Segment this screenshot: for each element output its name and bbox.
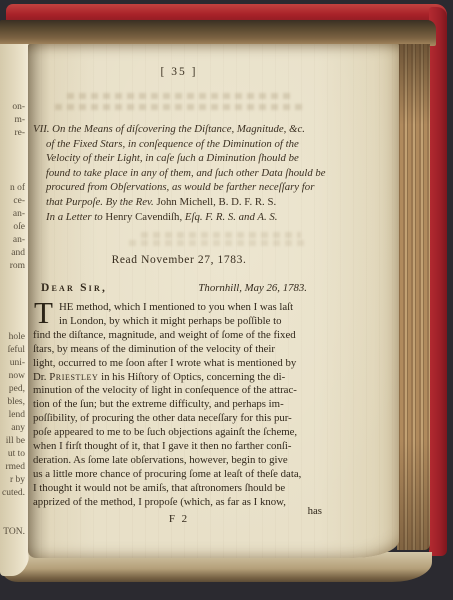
facing-page-text-fragment: on- [12,102,25,112]
facing-page-text-fragment: now [9,371,25,381]
text-segment: procured from Obſervations, as would be … [46,181,314,193]
body-line: I thought it would not be amiſs, that aſ… [33,482,325,496]
facing-page-text-fragment: n of [10,183,25,193]
pages-top-edge [0,20,436,46]
article-title: VII. On the Means of diſcovering the Diſ… [33,122,325,224]
facing-page-text-fragment: and [11,248,25,258]
facing-page-text-fragment: ſeful [8,345,25,355]
facing-page-text-fragment: rom [10,261,25,271]
text-segment: In a Letter to [46,211,105,223]
text-segment: us a little more chance of procuring ſom… [33,468,301,480]
main-page: [ 35 ] VII. On the Means of diſcovering … [28,44,399,558]
read-date-line: Read November 27, 1783. [33,254,325,266]
facing-page-text-fragment: m- [14,115,25,125]
text-segment: ſtars, by means of the diminution of the… [33,343,275,355]
text-segment: Eſq. F. R. S. and A. S. [185,211,278,223]
facing-page-text-fragment: ut to [8,449,25,459]
facing-page-text-fragment: bles, [7,397,25,407]
body-line: minution of the velocity of light in con… [33,384,325,398]
pages-fore-edge [397,44,430,550]
title-line: that Purpoſe. By the Rev. John Michell, … [33,195,325,210]
body-line: apprized of the method, I propoſe (which… [33,496,325,510]
facing-page-text-fragment: lend [9,410,25,420]
signature-row: has F 2 [33,511,325,527]
facing-page-text-fragment: cuted. [2,488,25,498]
title-line: procured from Obſervations, as would be … [33,180,325,195]
body-line: Dr. Priestley in his Hiſtory of Optics, … [33,371,325,385]
bleed-through [55,104,307,110]
bleed-through [129,240,309,246]
book-photo: on-m-re-n ofce-an-oſean-andromholeſefulu… [0,0,453,600]
text-segment: found to take place in any of them, and … [46,167,326,179]
text-segment-roman: Henry Cavendiſh, [105,211,184,223]
text-segment: Velocity of their Light, in caſe ſuch a … [46,152,299,164]
facing-page-text-fragment: rmed [5,462,25,472]
body-line: in London, by which it might perhaps be … [33,315,325,329]
facing-page-text-fragment: re- [14,128,25,138]
text-segment: when I firſt thought of it, that I gave … [33,440,291,452]
body-line: poſe appeared to me to be ſuch objection… [33,426,325,440]
dateline: Thornhill, May 26, 1783. [198,282,325,294]
text-segment: poſe appeared to me to be ſuch objection… [33,426,297,438]
body-line: when I firſt thought of it, that I gave … [33,440,325,454]
body-line: find the diſtance, magnitude, and weight… [33,329,325,343]
body-line: light, occurred to me ſoon after I wrote… [33,357,325,371]
body-line: tion of the ſun; but the extreme difficu… [33,398,325,412]
facing-page-text-fragment: any [11,423,25,433]
bleed-through [141,232,301,238]
facing-page-text-fragment: r by [10,475,25,485]
text-segment-roman: John Michell, B. D. F. R. S. [156,196,276,208]
facing-page-text-fragment: TON. [3,527,25,537]
body-lines: HE method, which I mentioned to you when… [33,301,325,510]
facing-page-text-fragment: hole [9,332,25,342]
catchword: has [308,505,322,517]
body-line: poſſibility, of procuring the other data… [33,412,325,426]
facing-page-text-fragment: an- [13,235,25,245]
text-segment: tion of the ſun; but the extreme difficu… [33,398,284,410]
bleed-through [67,93,291,99]
facing-page-text-fragment: ill be [6,436,25,446]
drop-cap: T [34,299,53,327]
page-number: [ 35 ] [33,66,325,78]
text-segment: in London, by which it might perhaps be … [59,315,282,327]
facing-page-edge: on-m-re-n ofce-an-oſean-andromholeſefulu… [0,44,30,576]
body-line: us a little more chance of procuring ſom… [33,468,325,482]
text-segment: Dr. [33,371,49,383]
facing-page-text-fragment: uni- [10,358,25,368]
salutation: Dear Sir, [33,282,107,294]
text-segment: HE method, which I mentioned to you when… [59,301,293,313]
facing-page-text-fragment: oſe [13,222,25,232]
text-segment: of the Fixed Stars, in conſequence of th… [46,138,299,150]
body-line: ſtars, by means of the diminution of the… [33,343,325,357]
book-cover-right-edge [429,7,447,556]
text-segment: I thought it would not be amiſs, that aſ… [33,482,285,494]
text-segment: apprized of the method, I propoſe (which… [33,496,286,508]
text-segment: find the diſtance, magnitude, and weight… [33,329,296,341]
title-line: In a Letter to Henry Cavendiſh, Eſq. F. … [33,210,325,225]
salutation-row: Dear Sir, Thornhill, May 26, 1783. [33,282,325,294]
text-segment-smallcaps: Priestley [49,371,98,383]
title-line: found to take place in any of them, and … [33,166,322,181]
body-line: deration. As ſome late obſervations, how… [33,454,325,468]
body-line: HE method, which I mentioned to you when… [33,301,325,315]
text-segment: deration. As ſome late obſervations, how… [33,454,288,466]
text-segment: poſſibility, of procuring the other data… [33,412,292,424]
facing-page-text-fragment: ped, [9,384,25,394]
text-segment: light, occurred to me ſoon after I wrote… [33,357,296,369]
title-line: of the Fixed Stars, in conſequence of th… [33,137,325,152]
facing-page-text-fragment: an- [13,209,25,219]
facing-page-text-fragment: ce- [13,196,25,206]
text-segment: that Purpoſe. By the Rev. [46,196,156,208]
body-paragraph: T HE method, which I mentioned to you wh… [33,301,325,527]
title-line: Velocity of their Light, in caſe ſuch a … [33,151,325,166]
signature-mark: F 2 [33,511,325,525]
text-segment: minution of the velocity of light in con… [33,384,297,396]
text-segment: VII. On the Means of diſcovering the Diſ… [33,123,305,135]
text-segment: in his Hiſtory of Optics, concerning the… [98,371,285,383]
title-line: VII. On the Means of diſcovering the Diſ… [33,122,325,137]
